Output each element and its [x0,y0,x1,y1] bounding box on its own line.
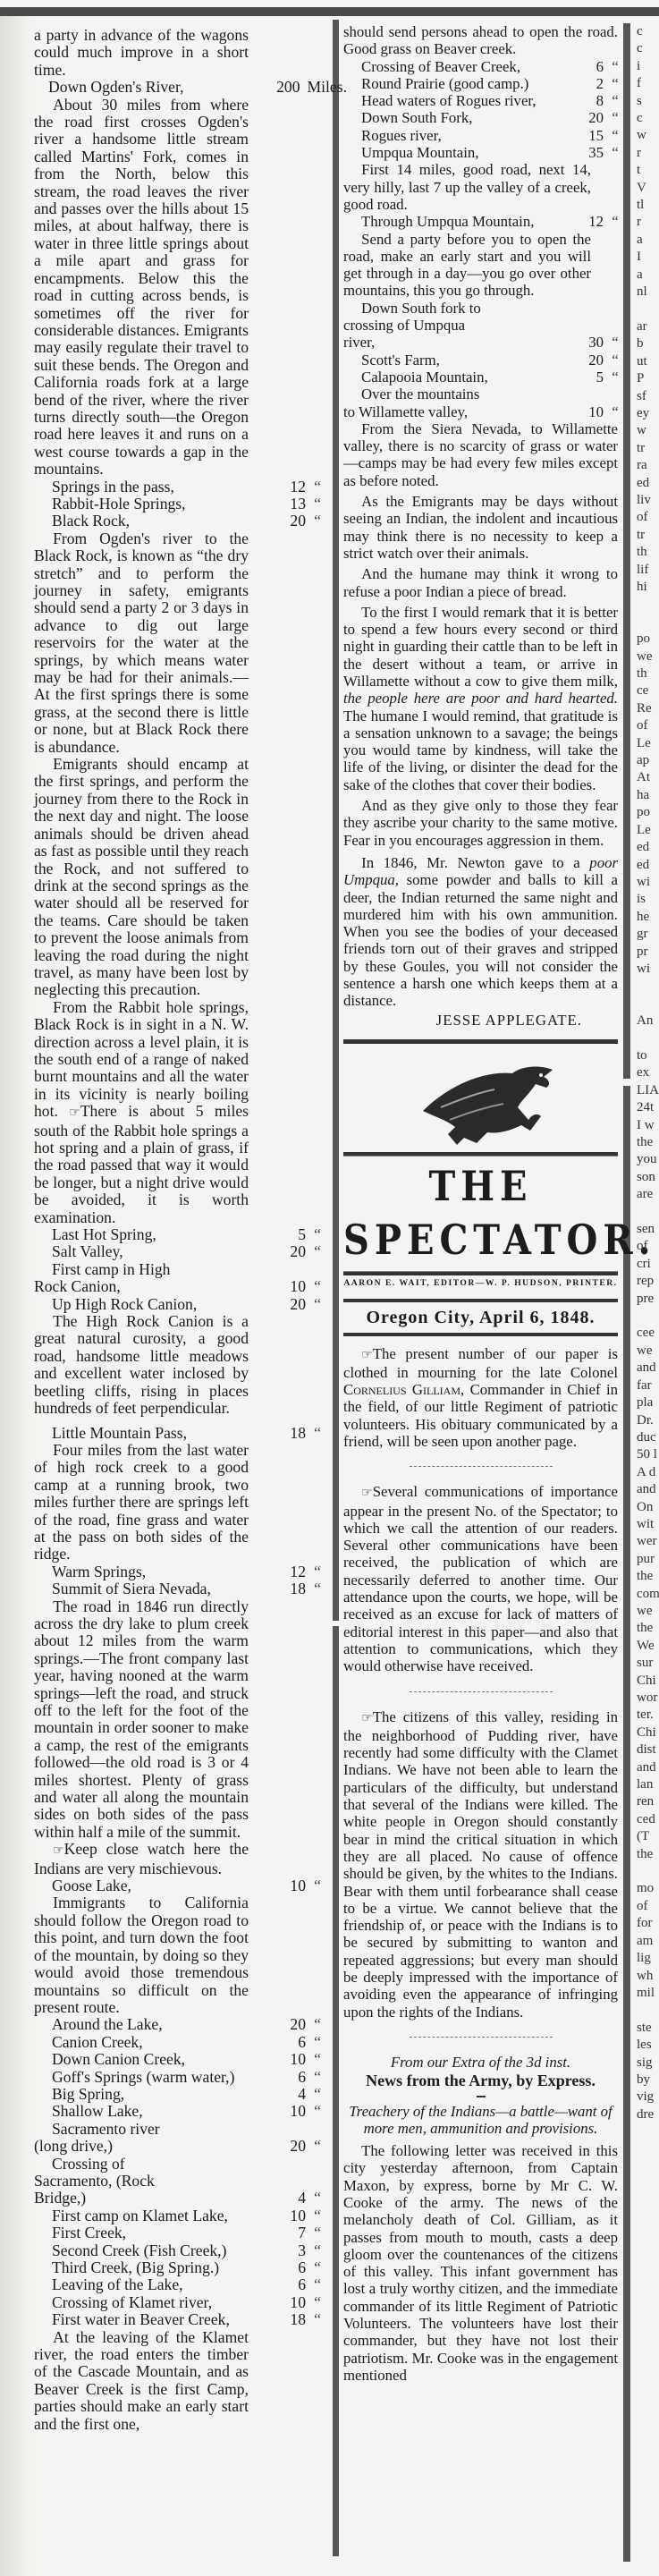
fragment-line: we [637,1603,659,1620]
fragment-line: An [637,1013,659,1030]
fragment-line: the [637,1846,659,1863]
fragment-line: to [637,1047,659,1064]
fragment-line: a [637,267,659,284]
fragment-line: a [637,232,659,249]
distance-row: Rogues river,15“ [343,127,627,144]
fragment-line: of [637,1898,659,1915]
fragment-line: 50 l [637,1446,659,1463]
distance-row: Calapooia Mountain,5“ [343,369,627,386]
distance-row: Shallow Lake,10“ [34,2103,329,2120]
distance-row: Down South fork to crossing of Umpqua ri… [343,300,627,352]
pointing-hand-icon: ☞ [53,1843,64,1858]
fragment-line: w [637,422,659,439]
fragment-line: wh [637,1968,659,1985]
section-separator [410,1466,553,1467]
section-separator [410,1691,553,1692]
fragment-line: ed [637,839,659,856]
distance-table-4: Warm Springs,12“ Summit of Siera Nevada,… [34,1563,329,1598]
distance-table-3: Down South fork to crossing of Umpqua ri… [343,300,627,420]
distance-table-5: Goose Lake,10“ [34,1877,329,1894]
fragment-line: liv [637,492,659,509]
distance-table-2: Last Hot Spring,5“ Salt Valley,20“ First… [34,1226,329,1313]
fragment-line: ra [637,457,659,474]
fragment-line: we [637,648,659,665]
fragment-line: and [637,1759,659,1776]
distance-row: First camp in High Rock Canion,10“ [34,1261,329,1296]
fragment-line: On [637,1499,659,1516]
paragraph-newton: In 1846, Mr. Newton gave to a poor Umpqu… [343,854,618,1010]
extra-note: From our Extra of the 3d inst. [343,2054,618,2071]
fragment-line: ut [637,353,659,370]
distance-table-1: Crossing of Beaver Creek,6“ Round Prairi… [343,58,627,162]
fragment-line: and [637,1360,659,1377]
fragment-line [637,1030,659,1047]
fragment-line: A d [637,1464,659,1481]
fragment-line [637,1863,659,1880]
paragraph-letter: The following letter was received in thi… [343,2142,618,2384]
paragraph-siera: From the Siera Nevada, to Willamette val… [343,420,618,489]
paragraph-fear: And as they give only to those they fear… [343,797,618,849]
fragment-line: wer [637,1533,659,1550]
fragment-line: cee [637,1325,659,1342]
fragment-line: ste [637,2020,659,2037]
distance-row: Last Hot Spring,5“ [34,1226,329,1243]
distance-table-1: Springs in the pass,12“ Rabbit-Hole Spri… [34,479,329,530]
paragraph-intro: a party in advance of the wagons could m… [34,27,249,79]
fragment-line: wit [637,1516,659,1533]
distance-row: Through Umpqua Mountain,12“ [343,213,627,230]
fragment-line: duc [637,1429,659,1446]
eagle-emblem-icon [343,1044,618,1160]
fragment-line: vig [637,2089,659,2106]
distance-row-ogden: Down Ogden's River, 200 Miles. [34,79,347,96]
fragment-line: for [637,1915,659,1932]
section-separator [410,2037,553,2038]
fragment-line: dist [637,1741,659,1758]
fragment-line [637,978,659,995]
fragment-line: ced [637,1811,659,1828]
fragment-line: Chi [637,1724,659,1741]
distance-row: Salt Valley,20“ [34,1243,329,1260]
column-rule-left [333,20,339,1621]
distance-row: Crossing of Beaver Creek,6“ [343,58,627,75]
distance-row: Little Mountain Pass,18“ [34,1425,329,1442]
fragment-line: c [637,110,659,127]
fragment-line: s [637,93,659,110]
fragment-line: wor [637,1690,659,1707]
column-left-route-guide: a party in advance of the wagons could m… [34,27,249,2433]
distance-row: Warm Springs,12“ [34,1563,329,1580]
distance-row: Sacramento river (long drive,)20“ [34,2121,329,2156]
paragraph-dry-stretch: From Ogden's river to the Black Rock, is… [34,530,249,756]
paragraph-intro: should send persons ahead to open the ro… [343,23,618,58]
paragraph-road-1846: The road in 1846 run directly across the… [34,1598,249,1842]
paragraph-high-rock: The High Rock Canion is a great natural … [34,1313,249,1417]
distance-row: Big Spring,4“ [34,2086,329,2103]
distance-row: First camp on Klamet Lake,10“ [34,2207,329,2224]
fragment-line: ex [637,1064,659,1081]
fragment-line [637,596,659,613]
fragment-line: we [637,1343,659,1360]
distance-row: Rabbit-Hole Springs,13“ [34,496,329,513]
news-subheading: Treachery of the Indians—a battle—want o… [343,2103,618,2138]
news-heading: News from the Army, by Express. [343,2072,618,2089]
fragment-line: he [637,909,659,926]
fragment-line: P [637,370,659,387]
column-right-cropped-fragment: ccifscwrtVtlraIanl arbutPsfeywtrraedlivo… [637,23,659,2123]
fragment-line: am [637,1933,659,1950]
fragment-line: are [637,1186,659,1203]
column-rule-right [623,23,630,1079]
fragment-line: les [637,2037,659,2054]
fragment-line: I [637,249,659,266]
paragraph-communications: ☞Several communications of importance ap… [343,1483,618,1674]
fragment-line [637,1204,659,1221]
distance-table-2: Through Umpqua Mountain,12“ [343,213,627,230]
distance-row: Down Canion Creek,10“ [34,2051,329,2068]
distance-row: First water in Beaver Creek,18“ [34,2311,329,2328]
fragment-line [637,1308,659,1325]
paragraph-klamet: At the leaving of the Klamet river, the … [34,2329,249,2433]
fragment-line: sen [637,1221,659,1238]
paragraph-encamp: Emigrants should encamp at the first spr… [34,756,249,999]
pointing-hand-icon: ☞ [361,1348,373,1362]
fragment-line: pr [637,944,659,961]
fragment-line: the [637,1568,659,1585]
pointing-hand-icon: ☞ [69,1106,80,1120]
fragment-line: com [637,1586,659,1603]
fragment-line: ce [637,682,659,699]
fragment-line: c [637,23,659,40]
fragment-line: r [637,145,659,162]
distance-row: Umpqua Mountain,35“ [343,144,627,161]
fragment-line: ed [637,475,659,492]
fragment-line: mo [637,1880,659,1897]
column-rule-left-lower [333,1626,339,2556]
fragment-line: V [637,180,659,197]
fragment-line: LIA [637,1082,659,1099]
fragment-line: you [637,1151,659,1168]
fragment-line: the [637,1134,659,1151]
fragment-line: w [637,127,659,144]
page-gutter-scan [0,16,32,2576]
fragment-line: c [637,40,659,57]
distance-row: Black Rock,20“ [34,513,329,530]
fragment-line: pla [637,1394,659,1411]
fragment-line: wi [637,961,659,978]
paragraph-rabbit-hole: From the Rabbit hole springs, Black Rock… [34,999,249,1226]
distance-row: Summit of Siera Nevada,18“ [34,1580,329,1597]
distance-row: Second Creek (Fish Creek,)3“ [34,2242,329,2259]
pointing-hand-icon: ☞ [361,1711,373,1725]
fragment-line: dre [637,2106,659,2123]
fragment-line: Dr. [637,1412,659,1429]
distance-row: Crossing of Sacramento, (Rock Bridge,)4“ [34,2156,329,2207]
fragment-line: ed [637,857,659,874]
fragment-line: (T [637,1828,659,1845]
fragment-line: by [637,2072,659,2089]
fragment-line: hi [637,579,659,596]
fragment-line: I w [637,1117,659,1134]
distance-row: Round Prairie (good camp.)2“ [343,75,627,92]
fragment-line: ey [637,405,659,422]
fragment-line: r [637,214,659,231]
distance-row: Up High Rock Canion,20“ [34,1296,329,1313]
fragment-line: Re [637,700,659,717]
fragment-line: We [637,1638,659,1655]
paragraph-first-remark: To the first I would remark that it is b… [343,604,618,793]
paragraph-pudding-river: ☞The citizens of this valley, residing i… [343,1708,618,2021]
newspaper-masthead: THE SPECTATOR. AARON E. WAIT, EDITOR—W. … [343,1039,618,1336]
fragment-line [637,996,659,1013]
fragment-line: of [637,717,659,734]
paragraph-humane: And the humane may think it wrong to ref… [343,565,618,600]
fragment-line: lig [637,1950,659,1967]
fragment-line: rep [637,1273,659,1290]
fragment-line: sig [637,2055,659,2072]
short-divider [477,2096,486,2097]
column-middle-editorial: should send persons ahead to open the ro… [343,23,618,2384]
fragment-line: wi [637,874,659,891]
distance-row: Leaving of the Lake,6“ [34,2276,329,2293]
paragraph-four-miles: Four miles from the last water of high r… [34,1442,249,1563]
fragment-line: ha [637,787,659,804]
fragment-line: f [637,75,659,92]
fragment-line: mil [637,1985,659,2002]
fragment-line: ar [637,318,659,335]
fragment-line: b [637,335,659,352]
fragment-line: of [637,509,659,526]
fragment-line: is [637,891,659,908]
distance-row: Scott's Farm,20“ [343,352,627,369]
fragment-line: At [637,769,659,786]
fragment-line: i [637,58,659,75]
fragment-line [637,614,659,631]
distance-row: Down South Fork,20“ [343,109,627,126]
fragment-line: tl [637,197,659,214]
fragment-line: pre [637,1291,659,1308]
distance-row: Crossing of Klamet river,10“ [34,2294,329,2311]
fragment-line: pur [637,1551,659,1568]
distance-row: Over the mountains to Willamette valley,… [343,386,627,420]
distance-row: Head waters of Rogues river,8“ [343,92,627,109]
fragment-line: and [637,1481,659,1498]
paragraph-california: Immigrants to California should follow t… [34,1894,249,2016]
signature-jesse-applegate: JESSE APPLEGATE. [343,1012,618,1029]
paragraph-mourning: ☞The present number of our paper is clot… [343,1345,618,1451]
fragment-line: tr [637,527,659,544]
pointing-hand-icon: ☞ [361,1486,373,1500]
top-border-rule [0,7,659,16]
fragment-line: 24t [637,1099,659,1116]
column-rule-right-lower [623,1086,630,2562]
distance-table-7: First camp on Klamet Lake,10“ First Cree… [34,2207,329,2329]
distance-table-3: Little Mountain Pass,18“ [34,1425,329,1442]
fragment-line [637,301,659,318]
distance-row: Canion Creek,6“ [34,2034,329,2051]
fragment-line: Chi [637,1673,659,1690]
fragment-line: Le [637,735,659,752]
distance-row: Springs in the pass,12“ [34,479,329,496]
paragraph-emigrants: As the Emigrants may be days without see… [343,493,618,562]
fragment-line: Le [637,822,659,839]
distance-row: Third Creek, (Big Spring.)6“ [34,2259,329,2276]
paragraph-send-party: Send a party before you to open the road… [343,231,618,300]
distance-row: Goff's Springs (warm water,)6“ [34,2069,329,2086]
fragment-line: sf [637,388,659,405]
fragment-line: ter. [637,1707,659,1724]
masthead-dateline: Oregon City, April 6, 1848. [343,1302,618,1335]
distance-row: First Creek,7“ [34,2224,329,2241]
fragment-line: lif [637,562,659,579]
masthead-title: THE SPECTATOR. [343,1152,618,1275]
distance-row: Around the Lake,20“ [34,2016,329,2033]
fragment-line: son [637,1169,659,1186]
fragment-line: sur [637,1655,659,1672]
fragment-line: po [637,804,659,821]
distance-row: Goose Lake,10“ [34,1877,329,1894]
fragment-line: t [637,162,659,179]
fragment-line [637,2002,659,2019]
fragment-line: cri [637,1256,659,1273]
fragment-line: of [637,1238,659,1255]
fragment-line: nl [637,284,659,301]
fragment-line: far [637,1377,659,1394]
fragment-line: th [637,665,659,682]
fragment-line: the [637,1620,659,1637]
fragment-line: ren [637,1793,659,1810]
paragraph-first-14: First 14 miles, good road, next 14, very… [343,161,618,213]
paragraph-watch: ☞Keep close watch here the Indians are v… [34,1841,249,1877]
fragment-line: gr [637,926,659,943]
fragment-line: th [637,544,659,561]
fragment-line: ap [637,752,659,769]
fragment-line: lan [637,1776,659,1793]
fragment-line: po [637,631,659,648]
paragraph-martins-fork: About 30 miles from where the road first… [34,97,249,479]
fragment-line: tr [637,440,659,457]
distance-table-6: Around the Lake,20“ Canion Creek,6“ Down… [34,2016,329,2207]
